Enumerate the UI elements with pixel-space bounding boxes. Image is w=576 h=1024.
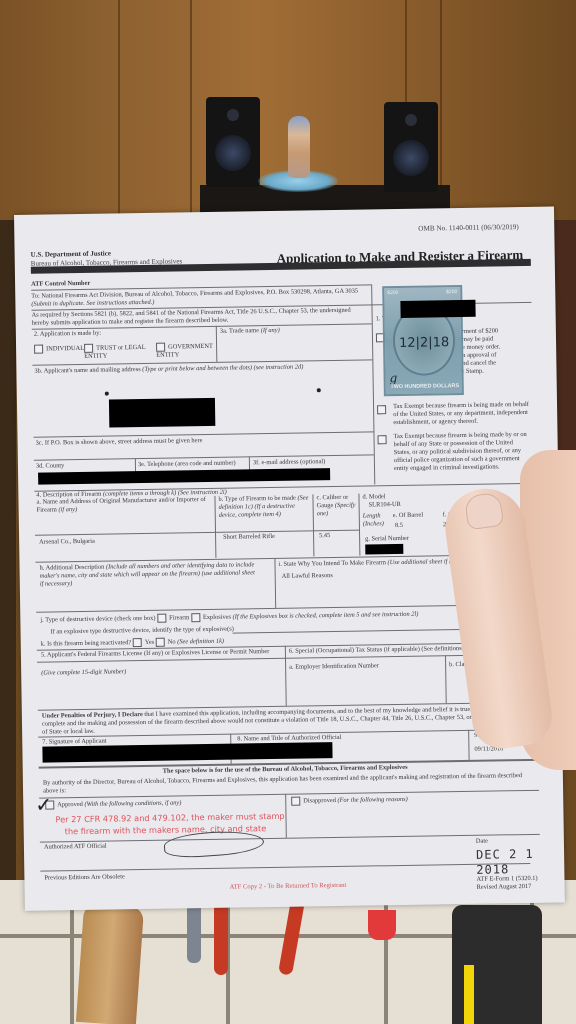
length-label: Length (Inches) [363, 512, 389, 528]
copy-note: ATF Copy 2 - To Be Returned To Registran… [230, 882, 347, 892]
disapproved-option[interactable]: Disapproved (For the following reasons) [291, 795, 408, 806]
hammer-handle [76, 903, 144, 1024]
item4a-label: a. Name and Address of Original Manufact… [36, 496, 206, 515]
applicant-type-trust[interactable]: TRUST or LEGAL ENTITY [84, 343, 154, 361]
item5-hint: (Give complete 15-digit Number) [41, 668, 126, 677]
individual-checkbox[interactable] [34, 345, 43, 354]
redacted-signature-and-name [42, 742, 332, 763]
explosive-type-label: If an explosive type destructive device,… [50, 626, 233, 637]
item6a-label: a. Employer Identification Number [289, 662, 379, 671]
address-dot [317, 388, 321, 392]
item3b-label: 3b. Applicant's name and mailing address… [34, 363, 303, 375]
destructive-explosives-checkbox[interactable] [191, 613, 200, 622]
item4h-label: h. Additional Description (Include all n… [39, 561, 259, 588]
item6-label: 6. Special (Occupational) Tax Status (if… [289, 645, 464, 656]
tax-option-c[interactable] [378, 435, 390, 444]
redacted-applicant-address [109, 398, 215, 428]
item3a-label: 3a. Trade name (If any) [220, 327, 280, 336]
pen [187, 905, 201, 963]
redacted-contact-info [38, 468, 330, 485]
barrel-length-value: 8.5 [395, 522, 403, 530]
reactivated-no-checkbox[interactable] [156, 638, 165, 647]
applicant-type-individual[interactable]: INDIVIDUAL [34, 344, 84, 354]
background-shadow [0, 220, 16, 900]
serial-number-label: g. Serial Number [365, 535, 409, 544]
speaker-left [206, 97, 260, 187]
redacted-serial-number [365, 544, 403, 555]
figurine [258, 112, 338, 192]
stamp-cancel-date: 12|2|18 [399, 335, 449, 352]
stamp-amount: TWO HUNDRED DOLLARS [390, 383, 460, 391]
item2-label: 2. Application is made by: [34, 330, 101, 339]
approval-date-label: Date [476, 838, 488, 846]
tax-exempt-state-checkbox[interactable] [378, 435, 387, 444]
tax-option-a-text: rment of $200may be paide money order.n … [462, 327, 533, 376]
tool-handle [452, 905, 542, 1024]
wall-seam [118, 0, 120, 240]
item4b-label: b. Type of Firearm to be made (See defin… [218, 494, 310, 519]
item3c-label: 3c. If P.O. Box is shown above, street a… [36, 437, 203, 448]
redacted-control-number [400, 300, 475, 318]
pliers-handle [214, 905, 228, 975]
omb-number: OMB No. 1140-0011 (06/30/2019) [418, 223, 519, 234]
item4c-label: c. Caliber or Gauge (Specify one) [316, 494, 356, 519]
tax-option-b-text: Tax Exempt because firearm is being made… [393, 401, 533, 427]
item3d-label: 3d. County [36, 462, 65, 470]
wall-seam [190, 0, 192, 240]
approved-option[interactable]: Approved (With the following conditions,… [45, 798, 181, 809]
reactivated-yes-checkbox[interactable] [133, 638, 142, 647]
tax-option-c-text: Tax Exempt because firearm is being made… [393, 431, 530, 473]
manufacturer-value: Arsenal Co., Bulgaria [39, 538, 95, 547]
form-revision: Revised August 2017 [477, 883, 532, 892]
perjury-declaration: Under Penalties of Perjury, I Declare th… [42, 705, 512, 736]
item3e-label: 3e. Telephone (area code and number) [138, 460, 236, 470]
approved-checkmark-icon: ✓ [35, 792, 52, 817]
destructive-firearm-checkbox[interactable] [157, 614, 166, 623]
tax-option-b[interactable] [377, 405, 389, 414]
official-label: Authorized ATF Official [44, 843, 107, 852]
item4j: j. Type of destructive device (check one… [40, 610, 418, 625]
intent-value: All Lawful Reasons [282, 572, 333, 581]
trust-checkbox[interactable] [84, 344, 93, 353]
address-dot [105, 392, 109, 396]
barrel-label: e. Of Barrel [393, 512, 423, 520]
government-checkbox[interactable] [156, 343, 165, 352]
model-value: SLR104-UR [369, 501, 401, 510]
item4i-label: i. State Why You Intend To Make Firearm … [278, 558, 457, 569]
item3f-label: 3f. e-mail address (optional) [253, 458, 326, 467]
tax-exempt-us-checkbox[interactable] [377, 405, 386, 414]
control-number-label: ATF Control Number [31, 280, 90, 289]
firearm-type-value: Short Barreled Rifle [223, 533, 275, 542]
speaker-right [384, 102, 438, 192]
red-cap [368, 910, 396, 940]
caliber-value: 5.45 [319, 532, 330, 540]
disapproved-checkbox[interactable] [291, 797, 300, 806]
obsolete-note: Previous Editions Are Obsolete [44, 873, 125, 882]
